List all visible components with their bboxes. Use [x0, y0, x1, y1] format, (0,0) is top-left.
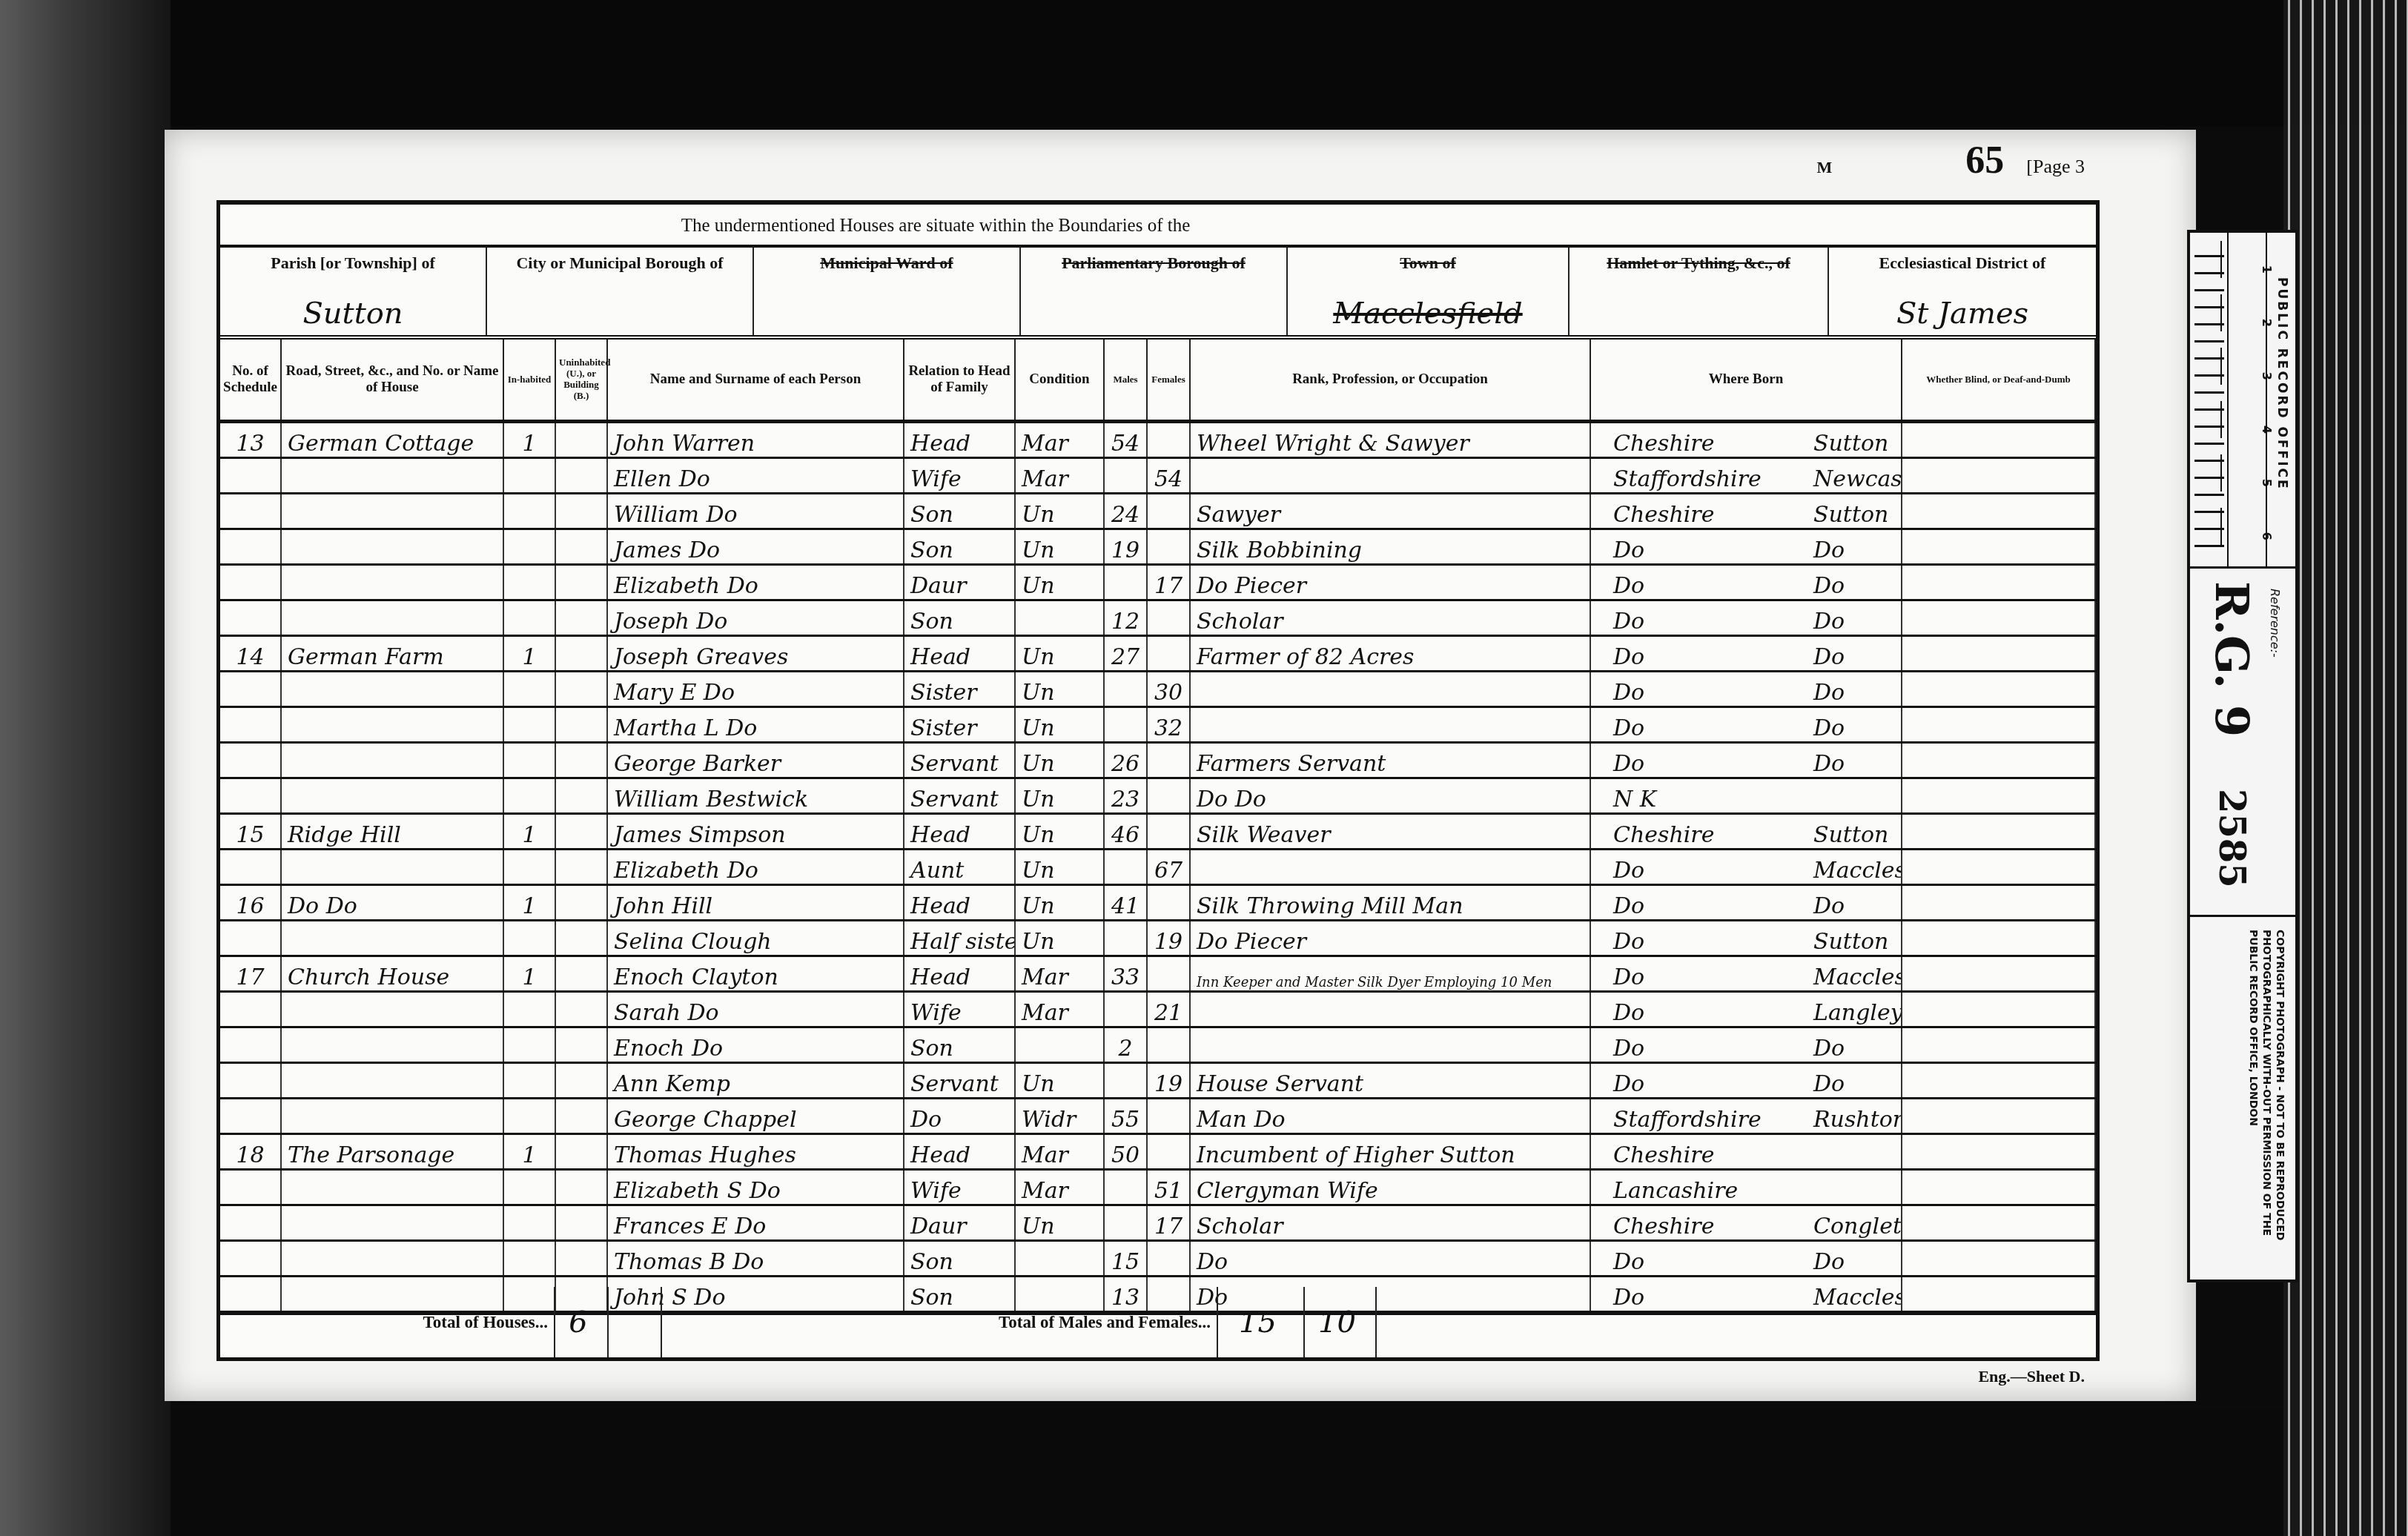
district-ward: Municipal Ward of: [754, 248, 1021, 335]
reference-box: Reference:- R.G. 9 2585: [2190, 566, 2295, 917]
inhabited-cell: [503, 1027, 555, 1063]
born-county: Do: [1613, 964, 1813, 990]
inhabited-cell: 1: [503, 422, 555, 458]
born-county: Do: [1613, 644, 1813, 670]
occupation-cell: Farmer of 82 Acres: [1190, 636, 1590, 672]
born-county: Do: [1613, 1036, 1813, 1062]
occupation-cell: [1190, 992, 1590, 1027]
relation-cell: Wife: [904, 458, 1015, 494]
ruler-number: 4: [2220, 401, 2274, 438]
ledger-body: 13German Cottage1John WarrenHeadMar54Whe…: [220, 422, 2095, 1314]
uninhabited-cell: [555, 921, 607, 956]
male-age-cell: [1104, 921, 1147, 956]
born-cell: DoDo: [1590, 1063, 1902, 1099]
condition-cell: Un: [1015, 1205, 1104, 1241]
address-cell: Ridge Hill: [281, 814, 503, 850]
female-age-cell: [1147, 1027, 1190, 1063]
condition-cell: Widr: [1015, 1099, 1104, 1134]
occupation-cell: [1190, 1027, 1590, 1063]
district-label: Parish [or Township] of: [228, 254, 478, 273]
uninhabited-cell: [555, 778, 607, 814]
born-county: Staffordshire: [1613, 466, 1813, 492]
occupation-cell: Scholar: [1190, 600, 1590, 636]
schedule-cell: [220, 1241, 281, 1277]
occupation-cell: Silk Weaver: [1190, 814, 1590, 850]
occupation-cell: Do Piecer: [1190, 565, 1590, 600]
occupation-cell: Do Do: [1190, 778, 1590, 814]
schedule-cell: [220, 921, 281, 956]
relation-cell: Half sister: [904, 921, 1015, 956]
male-age-cell: [1104, 1063, 1147, 1099]
district-label: Ecclesiastical District of: [1836, 254, 2088, 273]
col-uninhabited: Uninhabited (U.), or Building (B.): [555, 340, 607, 422]
reference-label: Reference:-: [2268, 589, 2282, 658]
ruler-number: 2: [2220, 294, 2274, 331]
born-county: Do: [1613, 1249, 1813, 1275]
male-age-cell: [1104, 850, 1147, 885]
born-place: Do: [1813, 573, 1902, 599]
occupation-cell: Scholar: [1190, 1205, 1590, 1241]
folio-number: 65: [1965, 139, 2004, 182]
male-age-cell: 12: [1104, 600, 1147, 636]
address-cell: [281, 494, 503, 529]
occupation-cell: Wheel Wright & Sawyer: [1190, 422, 1590, 458]
born-place: Do: [1813, 1071, 1902, 1097]
male-age-cell: 24: [1104, 494, 1147, 529]
uninhabited-cell: [555, 529, 607, 565]
disability-cell: [1902, 1134, 2095, 1170]
born-cell: DoDo: [1590, 672, 1902, 707]
scale-ruler: 1 2 3 4 5 6 PUBLIC RECORD OFFICE: [2190, 233, 2295, 569]
born-place: Newcastle: [1813, 466, 1902, 492]
born-place: Do: [1813, 1249, 1902, 1275]
born-cell: CheshireCongleton: [1590, 1205, 1902, 1241]
occupation-cell: Farmers Servant: [1190, 743, 1590, 778]
disability-cell: [1902, 850, 2095, 885]
disability-cell: [1902, 672, 2095, 707]
born-county: Do: [1613, 751, 1813, 777]
relation-cell: Wife: [904, 1170, 1015, 1205]
disability-cell: [1902, 1099, 2095, 1134]
born-cell: DoMacclesfield: [1590, 850, 1902, 885]
schedule-cell: 16: [220, 885, 281, 921]
uninhabited-cell: [555, 956, 607, 992]
condition-cell: Un: [1015, 814, 1104, 850]
ruler-number: 6: [2220, 508, 2274, 545]
occupation-cell: Do: [1190, 1241, 1590, 1277]
uninhabited-cell: [555, 422, 607, 458]
born-cell: DoMacclesfield: [1590, 956, 1902, 992]
ledger-header-row: No. of Schedule Road, Street, &c., and N…: [220, 340, 2095, 422]
inhabited-cell: 1: [503, 885, 555, 921]
born-county: Cheshire: [1613, 431, 1813, 457]
female-age-cell: 32: [1147, 707, 1190, 743]
condition-cell: [1015, 600, 1104, 636]
female-age-cell: [1147, 600, 1190, 636]
female-age-cell: [1147, 743, 1190, 778]
male-age-cell: [1104, 707, 1147, 743]
born-place: Do: [1813, 751, 1902, 777]
male-age-cell: 23: [1104, 778, 1147, 814]
address-cell: [281, 458, 503, 494]
table-row: Frances E DoDaurUn17ScholarCheshireCongl…: [220, 1205, 2095, 1241]
uninhabited-cell: [555, 1134, 607, 1170]
relation-cell: Do: [904, 1099, 1015, 1134]
relation-cell: Head: [904, 1134, 1015, 1170]
schedule-cell: [220, 1027, 281, 1063]
col-disability: Whether Blind, or Deaf-and-Dumb: [1902, 340, 2095, 422]
ruler-number: 1: [2220, 241, 2274, 278]
born-place: Do: [1813, 1036, 1902, 1062]
table-row: Elizabeth DoDaurUn17Do PiecerDoDo: [220, 565, 2095, 600]
born-county: Do: [1613, 715, 1813, 741]
born-county: Do: [1613, 609, 1813, 635]
inhabited-cell: [503, 494, 555, 529]
schedule-cell: [220, 1205, 281, 1241]
inhabited-cell: [503, 921, 555, 956]
female-age-cell: 30: [1147, 672, 1190, 707]
total-males-value: 15: [1218, 1287, 1305, 1357]
condition-cell: Mar: [1015, 956, 1104, 992]
name-cell: George Chappel: [607, 1099, 904, 1134]
born-place: Sutton: [1813, 822, 1902, 848]
schedule-cell: 17: [220, 956, 281, 992]
table-row: George ChappelDoWidr55Man DoStaffordshir…: [220, 1099, 2095, 1134]
address-cell: [281, 529, 503, 565]
born-cell: DoLangley: [1590, 992, 1902, 1027]
female-age-cell: 54: [1147, 458, 1190, 494]
female-age-cell: 17: [1147, 565, 1190, 600]
name-cell: George Barker: [607, 743, 904, 778]
col-occupation: Rank, Profession, or Occupation: [1190, 340, 1590, 422]
condition-cell: Un: [1015, 636, 1104, 672]
film-border-top: [0, 0, 2408, 126]
col-males: Males: [1104, 340, 1147, 422]
occupation-cell: House Servant: [1190, 1063, 1590, 1099]
col-born: Where Born: [1590, 340, 1902, 422]
public-record-office-strip: 1 2 3 4 5 6 PUBLIC RECORD OFFICE Referen…: [2187, 230, 2298, 1282]
census-page: M 65 [Page 3 The undermentioned Houses a…: [165, 130, 2196, 1401]
name-cell: Ann Kemp: [607, 1063, 904, 1099]
inhabited-cell: 1: [503, 814, 555, 850]
district-label: City or Municipal Borough of: [494, 254, 745, 273]
address-cell: [281, 600, 503, 636]
name-cell: John Hill: [607, 885, 904, 921]
disability-cell: [1902, 1241, 2095, 1277]
address-cell: Do Do: [281, 885, 503, 921]
table-row: 16Do Do1John HillHeadUn41Silk Throwing M…: [220, 885, 2095, 921]
born-county: Lancashire: [1613, 1178, 1813, 1204]
disability-cell: [1902, 956, 2095, 992]
inhabited-cell: 1: [503, 1134, 555, 1170]
name-cell: Ellen Do: [607, 458, 904, 494]
condition-cell: Un: [1015, 778, 1104, 814]
born-county: Cheshire: [1613, 1142, 1813, 1168]
condition-cell: [1015, 1241, 1104, 1277]
relation-cell: Daur: [904, 565, 1015, 600]
total-persons-label: Total of Males and Females...: [662, 1287, 1218, 1357]
male-age-cell: 33: [1104, 956, 1147, 992]
uninhabited-cell: [555, 707, 607, 743]
name-cell: William Bestwick: [607, 778, 904, 814]
inhabited-cell: [503, 707, 555, 743]
schedule-cell: [220, 565, 281, 600]
name-cell: Elizabeth Do: [607, 565, 904, 600]
female-age-cell: [1147, 956, 1190, 992]
address-cell: [281, 672, 503, 707]
occupation-cell: Clergyman Wife: [1190, 1170, 1590, 1205]
table-row: William BestwickServantUn23Do DoN K: [220, 778, 2095, 814]
total-uninhabited-blank: [609, 1287, 662, 1357]
born-county: Staffordshire: [1613, 1107, 1813, 1133]
uninhabited-cell: [555, 494, 607, 529]
inhabited-cell: [503, 600, 555, 636]
relation-cell: Son: [904, 494, 1015, 529]
table-row: 15Ridge Hill1James SimpsonHeadUn46Silk W…: [220, 814, 2095, 850]
district-value: Sutton: [220, 297, 486, 331]
inhabited-cell: 1: [503, 636, 555, 672]
uninhabited-cell: [555, 743, 607, 778]
inhabited-cell: 1: [503, 956, 555, 992]
male-age-cell: [1104, 672, 1147, 707]
name-cell: Enoch Clayton: [607, 956, 904, 992]
occupation-cell: [1190, 707, 1590, 743]
table-row: Sarah DoWifeMar21DoLangley: [220, 992, 2095, 1027]
occupation-cell: Inn Keeper and Master Silk Dyer Employin…: [1190, 956, 1590, 992]
born-cell: DoDo: [1590, 529, 1902, 565]
total-houses-label: Total of Houses...: [220, 1287, 555, 1357]
born-cell: N K: [1590, 778, 1902, 814]
uninhabited-cell: [555, 636, 607, 672]
name-cell: Elizabeth S Do: [607, 1170, 904, 1205]
schedule-cell: [220, 494, 281, 529]
inhabited-cell: [503, 1099, 555, 1134]
relation-cell: Head: [904, 956, 1015, 992]
col-inhabited: In-habited: [503, 340, 555, 422]
male-age-cell: 55: [1104, 1099, 1147, 1134]
address-cell: [281, 1205, 503, 1241]
condition-cell: Un: [1015, 743, 1104, 778]
inhabited-cell: [503, 529, 555, 565]
schedule-cell: [220, 707, 281, 743]
inhabited-cell: [503, 1063, 555, 1099]
table-row: 18The Parsonage1Thomas HughesHeadMar50In…: [220, 1134, 2095, 1170]
born-place: Rushton: [1813, 1107, 1902, 1133]
disability-cell: [1902, 1170, 2095, 1205]
sheet-id: Eng.—Sheet D.: [1978, 1367, 2085, 1386]
inhabited-cell: [503, 778, 555, 814]
table-row: Ellen DoWifeMar54StaffordshireNewcastle: [220, 458, 2095, 494]
table-row: Elizabeth DoAuntUn67DoMacclesfield: [220, 850, 2095, 885]
disability-cell: [1902, 885, 2095, 921]
name-cell: Martha L Do: [607, 707, 904, 743]
condition-cell: Un: [1015, 494, 1104, 529]
born-cell: DoSutton: [1590, 921, 1902, 956]
table-row: Martha L DoSisterUn32DoDo: [220, 707, 2095, 743]
relation-cell: Wife: [904, 992, 1015, 1027]
district-value: St James: [1829, 297, 2096, 331]
female-age-cell: [1147, 529, 1190, 565]
condition-cell: Un: [1015, 707, 1104, 743]
disability-cell: [1902, 600, 2095, 636]
piece-number: 2585: [2211, 789, 2252, 888]
born-cell: CheshireSutton: [1590, 814, 1902, 850]
born-place: Do: [1813, 644, 1902, 670]
uninhabited-cell: [555, 1241, 607, 1277]
uninhabited-cell: [555, 1027, 607, 1063]
census-ledger: No. of Schedule Road, Street, &c., and N…: [220, 340, 2096, 1315]
table-row: Selina CloughHalf sisterUn19Do PiecerDoS…: [220, 921, 2095, 956]
archive-title: PUBLIC RECORD OFFICE: [2275, 277, 2289, 491]
inhabited-cell: [503, 1241, 555, 1277]
female-age-cell: 19: [1147, 1063, 1190, 1099]
born-place: Sutton: [1813, 431, 1902, 457]
born-county: Do: [1613, 680, 1813, 706]
disability-cell: [1902, 1205, 2095, 1241]
address-cell: [281, 565, 503, 600]
occupation-cell: Incumbent of Higher Sutton: [1190, 1134, 1590, 1170]
occupation-cell: [1190, 850, 1590, 885]
address-cell: [281, 1027, 503, 1063]
ruler-ticks: [2194, 240, 2224, 559]
ruler-number: 3: [2220, 348, 2274, 385]
address-cell: [281, 921, 503, 956]
schedule-cell: [220, 850, 281, 885]
condition-cell: Mar: [1015, 422, 1104, 458]
male-age-cell: 41: [1104, 885, 1147, 921]
col-relation: Relation to Head of Family: [904, 340, 1015, 422]
table-row: James DoSonUn19Silk BobbiningDoDo: [220, 529, 2095, 565]
born-place: Macclesfield: [1813, 858, 1902, 884]
male-age-cell: 46: [1104, 814, 1147, 850]
name-cell: Selina Clough: [607, 921, 904, 956]
name-cell: William Do: [607, 494, 904, 529]
born-county: Do: [1613, 929, 1813, 955]
table-row: Enoch DoSon2DoDo: [220, 1027, 2095, 1063]
district-parish: Parish [or Township] of Sutton: [220, 248, 487, 335]
disability-cell: [1902, 422, 2095, 458]
copyright-notice: COPYRIGHT PHOTOGRAPH - NOT TO BE REPRODU…: [2197, 930, 2286, 1280]
male-age-cell: [1104, 565, 1147, 600]
born-county: Do: [1613, 1000, 1813, 1026]
female-age-cell: [1147, 778, 1190, 814]
boundaries-banner: The undermentioned Houses are situate wi…: [220, 205, 2096, 248]
born-cell: Cheshire: [1590, 1134, 1902, 1170]
name-cell: Frances E Do: [607, 1205, 904, 1241]
district-hamlet: Hamlet or Tything, &c., of: [1569, 248, 1829, 335]
name-cell: James Simpson: [607, 814, 904, 850]
uninhabited-cell: [555, 1170, 607, 1205]
address-cell: German Farm: [281, 636, 503, 672]
name-cell: Joseph Do: [607, 600, 904, 636]
born-county: Do: [1613, 893, 1813, 919]
female-age-cell: [1147, 636, 1190, 672]
disability-cell: [1902, 636, 2095, 672]
male-age-cell: 27: [1104, 636, 1147, 672]
male-age-cell: 19: [1104, 529, 1147, 565]
schedule-cell: [220, 778, 281, 814]
male-age-cell: 50: [1104, 1134, 1147, 1170]
film-border-left: [0, 0, 171, 1536]
relation-cell: Head: [904, 885, 1015, 921]
uninhabited-cell: [555, 600, 607, 636]
schedule-cell: 18: [220, 1134, 281, 1170]
uninhabited-cell: [555, 672, 607, 707]
born-cell: DoDo: [1590, 885, 1902, 921]
totals-blank: [1377, 1287, 2096, 1357]
uninhabited-cell: [555, 1099, 607, 1134]
disability-cell: [1902, 743, 2095, 778]
name-cell: James Do: [607, 529, 904, 565]
female-age-cell: [1147, 1099, 1190, 1134]
born-cell: StaffordshireNewcastle: [1590, 458, 1902, 494]
born-county: Do: [1613, 573, 1813, 599]
relation-cell: Head: [904, 636, 1015, 672]
occupation-cell: Silk Throwing Mill Man: [1190, 885, 1590, 921]
inhabited-cell: [503, 565, 555, 600]
name-cell: Sarah Do: [607, 992, 904, 1027]
col-address: Road, Street, &c., and No. or Name of Ho…: [281, 340, 503, 422]
district-ecclesiastical: Ecclesiastical District of St James: [1829, 248, 2096, 335]
condition-cell: Mar: [1015, 458, 1104, 494]
male-age-cell: 54: [1104, 422, 1147, 458]
schedule-cell: [220, 529, 281, 565]
inhabited-cell: [503, 743, 555, 778]
total-females-value: 10: [1305, 1287, 1377, 1357]
born-cell: CheshireSutton: [1590, 494, 1902, 529]
born-county: Do: [1613, 537, 1813, 563]
relation-cell: Son: [904, 600, 1015, 636]
table-row: George BarkerServantUn26Farmers ServantD…: [220, 743, 2095, 778]
male-age-cell: [1104, 992, 1147, 1027]
uninhabited-cell: [555, 885, 607, 921]
ruler-cells: 1 2 3 4 5 6: [2227, 233, 2267, 566]
series-reference: R.G. 9: [2205, 581, 2259, 737]
table-row: William DoSonUn24SawyerCheshireSutton: [220, 494, 2095, 529]
disability-cell: [1902, 707, 2095, 743]
address-cell: [281, 743, 503, 778]
name-cell: Enoch Do: [607, 1027, 904, 1063]
table-row: Thomas B DoSon15DoDoDo: [220, 1241, 2095, 1277]
table-row: Mary E DoSisterUn30DoDo: [220, 672, 2095, 707]
relation-cell: Sister: [904, 672, 1015, 707]
uninhabited-cell: [555, 565, 607, 600]
relation-cell: Sister: [904, 707, 1015, 743]
relation-cell: Servant: [904, 743, 1015, 778]
uninhabited-cell: [555, 992, 607, 1027]
schedule-cell: [220, 672, 281, 707]
uninhabited-cell: [555, 1063, 607, 1099]
total-houses-value: 6: [555, 1287, 609, 1357]
col-condition: Condition: [1015, 340, 1104, 422]
male-age-cell: 15: [1104, 1241, 1147, 1277]
born-cell: DoDo: [1590, 707, 1902, 743]
occupation-cell: [1190, 458, 1590, 494]
born-place: Do: [1813, 609, 1902, 635]
schedule-cell: 15: [220, 814, 281, 850]
disability-cell: [1902, 778, 2095, 814]
occupation-cell: Do Piecer: [1190, 921, 1590, 956]
schedule-cell: [220, 600, 281, 636]
table-row: 14German Farm1Joseph GreavesHeadUn27Farm…: [220, 636, 2095, 672]
born-cell: DoDo: [1590, 600, 1902, 636]
born-place: Sutton: [1813, 929, 1902, 955]
born-cell: DoDo: [1590, 743, 1902, 778]
relation-cell: Head: [904, 814, 1015, 850]
inhabited-cell: [503, 850, 555, 885]
relation-cell: Daur: [904, 1205, 1015, 1241]
female-age-cell: 17: [1147, 1205, 1190, 1241]
